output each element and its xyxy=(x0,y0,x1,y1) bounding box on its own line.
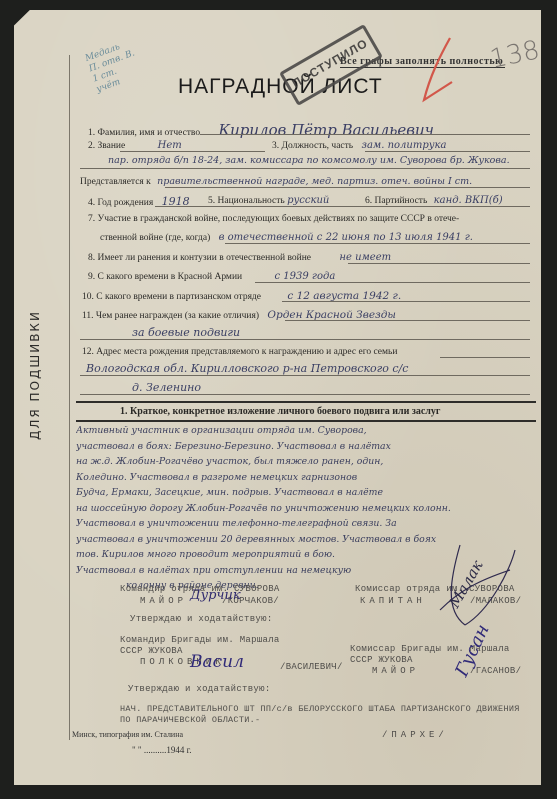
field-address: 12. Адрес места рождения представляемого… xyxy=(82,347,397,357)
field-war-participation: 7. Участие в гражданской войне, последую… xyxy=(88,214,459,224)
underline xyxy=(200,134,530,135)
document-date: " " ..........1944 г. xyxy=(132,745,192,755)
field-war-participation-label: ственной войне (где, когда) xyxy=(100,233,210,243)
field-position: 3. Должность, часть зам. политрука xyxy=(272,140,446,151)
underline xyxy=(282,301,530,302)
underline xyxy=(225,243,530,244)
field-wounds-label: 8. Имеет ли ранения и контузии в отечест… xyxy=(88,253,311,263)
section-divider xyxy=(76,420,536,422)
underline xyxy=(255,282,530,283)
underline xyxy=(165,187,530,188)
left2-name: /ВАСИЛЕВИЧ/ xyxy=(280,662,343,672)
field-presented: Представляется к правительственной награ… xyxy=(80,176,472,187)
field-partisan-since-label: 10. С какого времени в партизанском отря… xyxy=(82,292,261,302)
field-party-label: 6. Партийность xyxy=(365,196,427,206)
underline xyxy=(120,151,265,152)
section-title: 1. Краткое, конкретное изложение личного… xyxy=(120,406,440,417)
narrative-line: на шоссейную дорогу Жлобин-Рогачёв по ун… xyxy=(76,501,538,517)
field-name: 1. Фамилия, имя и отчество Кирилов Пётр … xyxy=(88,121,434,139)
underline xyxy=(348,263,530,264)
document-title: НАГРАДНОЙ ЛИСТ xyxy=(178,75,383,99)
approve-label-2: Утверждаю и ходатайствую: xyxy=(128,684,271,694)
field-war-participation-value: в отечественной с 22 июня по 13 июля 194… xyxy=(219,232,473,243)
underline xyxy=(80,394,530,395)
field-war-participation-cont: ственной войне (где, когда) в отечествен… xyxy=(100,232,473,243)
field-name-value: Кирилов Пётр Васильевич xyxy=(218,121,434,139)
field-rank-value: Нет xyxy=(158,140,182,151)
left1-rank: МАЙОР xyxy=(140,596,187,606)
approve-label-1: Утверждаю и ходатайствую: xyxy=(130,614,273,624)
narrative-line: на ж.д. Жлобин-Рогачёво участок, был тяж… xyxy=(76,454,538,470)
narrative-line: Участвовал в уничтожении телефонно-телег… xyxy=(76,516,538,532)
section-divider xyxy=(76,401,536,403)
underline xyxy=(80,168,530,169)
right2-role2: СССР ЖУКОВА xyxy=(350,655,413,665)
left2-role: Командир Бригады им. Маршала xyxy=(120,635,280,645)
left1-signature: Дурчик xyxy=(190,588,241,603)
field-position-continued: пар. отряда б/п 18-24, зам. комиссара по… xyxy=(108,155,510,166)
field-wounds-value: не имеет xyxy=(339,252,391,263)
field-rank-label: 2. Звание xyxy=(88,141,125,151)
field-party-value: канд. ВКП(б) xyxy=(434,195,503,206)
field-presented-label: Представляется к xyxy=(80,177,151,187)
field-wounds: 8. Имеет ли ранения и контузии в отечест… xyxy=(88,252,391,263)
right1-rank: КАПИТАН xyxy=(360,596,426,606)
field-previous-awards-label: 11. Чем ранее награжден (за какие отличи… xyxy=(82,311,259,321)
underline xyxy=(285,320,530,321)
field-nationality-value: русский xyxy=(287,195,329,206)
field-rank: 2. Звание Нет xyxy=(88,140,182,151)
printer-imprint: Минск, типография им. Сталина xyxy=(72,730,183,739)
field-army-since: 9. С какого времени в Красной Армии с 19… xyxy=(88,271,335,282)
left2-signature: Васил xyxy=(190,652,244,672)
field-army-since-label: 9. С какого времени в Красной Армии xyxy=(88,272,242,282)
underline xyxy=(155,206,530,207)
underline xyxy=(80,375,530,376)
field-position-label: 3. Должность, часть xyxy=(272,141,353,151)
field-party: 6. Партийность канд. ВКП(б) xyxy=(365,195,503,206)
right2-rank: МАЙОР xyxy=(372,666,419,676)
field-address-value: Вологодская обл. Кирилловского р-на Петр… xyxy=(86,362,408,375)
final-approver-line1: НАЧ. ПРЕДСТАВИТЕЛЬНОГО ШТ ПП/с/в БЕЛОРУС… xyxy=(120,704,520,714)
left2-role2: СССР ЖУКОВА xyxy=(120,646,183,656)
field-position-value: зам. политрука xyxy=(362,140,447,151)
field-address-continued: д. Зеленино xyxy=(132,381,201,394)
narrative-line: Активный участник в организации отряда и… xyxy=(76,423,538,439)
binding-label: ДЛЯ ПОДШИВКИ xyxy=(28,310,42,440)
field-nationality-label: 5. Национальность xyxy=(208,196,285,206)
field-previous-awards-continued: за боевые подвиги xyxy=(132,326,240,339)
final-approver-name: /ПАРХЕ/ xyxy=(382,730,448,740)
right2-name: /ГАСАНОВ/ xyxy=(470,666,521,676)
final-approver-line2: ПО ПАРАЧИЧЕВСКОЙ ОБЛАСТИ.- xyxy=(120,715,260,725)
field-army-since-value: с 1939 года xyxy=(275,271,336,282)
underline xyxy=(365,151,530,152)
red-pencil-mark-icon xyxy=(418,36,458,106)
field-nationality: 5. Национальность русский xyxy=(208,195,329,206)
narrative-line: участвовал в боях: Березино-Березино. Уч… xyxy=(76,439,538,455)
narrative-line: Будча, Ермаки, Засецкие, мин. подрыв. Уч… xyxy=(76,485,538,501)
underline xyxy=(80,339,530,340)
field-name-label: 1. Фамилия, имя и отчество xyxy=(88,128,200,138)
binding-margin-line xyxy=(69,55,70,740)
underline xyxy=(440,357,530,358)
field-birth-year-label: 4. Год рождения xyxy=(88,198,153,208)
field-presented-value: правительственной награде, мед. партиз. … xyxy=(157,176,472,187)
narrative-line: Коледино. Участвовал в разгроме немецких… xyxy=(76,470,538,486)
